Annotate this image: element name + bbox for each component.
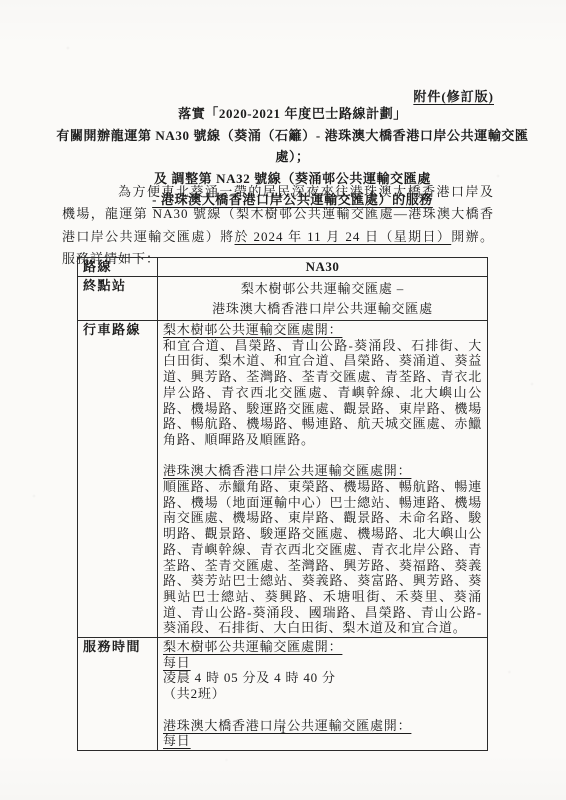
routing-inbound-heading: 港珠澳大橋香港口岸公共運輸交匯處開：	[163, 463, 482, 479]
intro-effective-date: 於 2024 年 11 月 24 日（星期日）	[235, 229, 452, 244]
service-outbound-heading: 梨木樹邨公共運輸交匯處開：	[163, 639, 482, 655]
routing-outbound-heading: 梨木樹邨公共運輸交匯處開：	[163, 322, 482, 338]
service-daily-label-1: 每日	[163, 655, 482, 671]
blank-line	[163, 702, 482, 718]
service-departure-times: 凌晨 4 時 05 分及 4 時 40 分	[163, 670, 482, 686]
terminus-line-2: 港珠澳大橋香港口岸公共運輸交匯處	[163, 299, 482, 319]
table-row-routing: 行車路線 梨木樹邨公共運輸交匯處開： 和宜合道、昌榮路、青山公路-葵涌段、石排街…	[78, 321, 488, 638]
table-row-terminus: 終點站 梨木樹邨公共運輸交匯處 – 港珠澳大橋香港口岸公共運輸交匯處	[78, 277, 488, 321]
title-line-2: 有關開辦龍運第 NA30 號線（葵涌（石籬）- 港珠澳大橋香港口岸公共運輸交匯處…	[40, 125, 545, 168]
routing-outbound-text: 和宜合道、昌榮路、青山公路-葵涌段、石排街、大白田街、梨木道、和宜合道、昌榮路、…	[163, 338, 482, 448]
routing-inbound-text: 順匯路、赤鱲角路、東榮路、機場路、暢航路、暢連路、機場（地面運輸中心）巴士總站、…	[163, 479, 482, 636]
route-number: NA30	[158, 258, 488, 277]
terminus-line-1: 梨木樹邨公共運輸交匯處 –	[163, 279, 482, 299]
page-number: 1	[0, 722, 566, 737]
service-trip-count: （共2班）	[163, 686, 482, 702]
routing-cell: 梨木樹邨公共運輸交匯處開： 和宜合道、昌榮路、青山公路-葵涌段、石排街、大白田街…	[158, 321, 488, 638]
terminus-cell: 梨木樹邨公共運輸交匯處 – 港珠澳大橋香港口岸公共運輸交匯處	[158, 277, 488, 321]
blank-line	[163, 448, 482, 464]
terminus-row-label: 終點站	[78, 277, 158, 321]
scanned-document-page: 附件(修訂版) 落實「2020-2021 年度巴士路線計劃」 有關開辦龍運第 N…	[0, 0, 566, 800]
routing-row-label: 行車路線	[78, 321, 158, 638]
table-row-route: 路線 NA30	[78, 258, 488, 277]
title-line-1: 落實「2020-2021 年度巴士路線計劃」	[40, 103, 545, 125]
route-row-label: 路線	[78, 258, 158, 277]
route-details-table: 路線 NA30 終點站 梨木樹邨公共運輸交匯處 – 港珠澳大橋香港口岸公共運輸交…	[77, 257, 488, 751]
